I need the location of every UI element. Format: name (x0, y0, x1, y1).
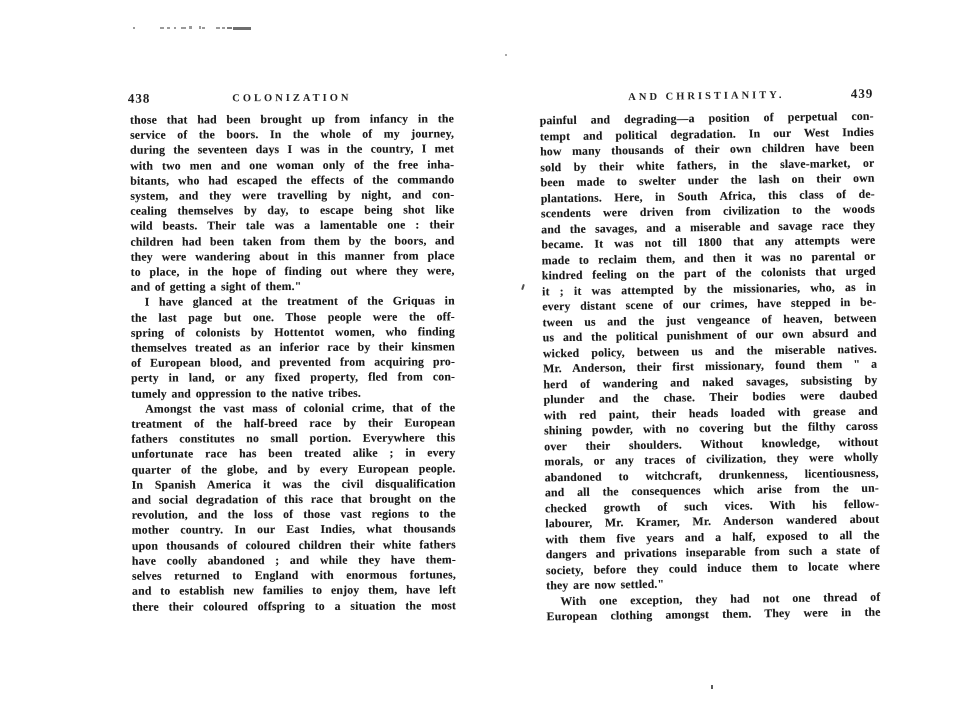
text-line: and social degradation of this race that… (132, 491, 456, 508)
text-line: upon thousands of coloured children thei… (132, 537, 456, 554)
running-title: COLONIZATION (130, 89, 454, 104)
paragraph: painful and degrading—a position of perp… (540, 109, 881, 594)
text-line: revolution, and the loss of those vast r… (132, 507, 456, 524)
text-line: spring of colonists by Hottentot women, … (131, 324, 455, 341)
text-line: to place, in the hope of finding out whe… (131, 263, 455, 280)
paragraph: I have glanced at the treatment of the G… (131, 294, 455, 402)
text-line: and to establish new families to enjoy t… (132, 583, 456, 600)
paragraph: Amongst the vast mass of colonial crime,… (131, 400, 456, 614)
text-line: they were wandering about in this manner… (131, 248, 455, 265)
scan-speck (711, 685, 713, 689)
page-body: those that had been brought up from infa… (130, 111, 456, 614)
text-line: wild beasts. Their tale was a lamentable… (130, 218, 454, 235)
book-page-right: 439 AND CHRISTIANITY. painful and degrad… (539, 86, 880, 625)
text-line: the last page but one. Those people were… (131, 309, 455, 326)
text-line: unfortunate race has been treated alike … (131, 446, 455, 463)
scanned-book-spread: 438 COLONIZATION those that had been bro… (0, 0, 980, 721)
text-line: system, and they were travelling by nigh… (130, 187, 454, 204)
text-line: of European blood, and prevented from ac… (131, 355, 455, 372)
text-line: there their coloured offspring to a situ… (132, 598, 456, 615)
text-line: during the seventeen days I was in the c… (130, 142, 454, 159)
scan-smudge-dashes (133, 26, 253, 31)
running-title: AND CHRISTIANITY. (539, 86, 873, 105)
paragraph: those that had been brought up from infa… (130, 111, 455, 295)
text-line: I have glanced at the treatment of the G… (131, 294, 455, 311)
paragraph: With one exception, they had not one thr… (546, 589, 880, 625)
scan-margin-tick (521, 284, 525, 290)
scan-speck (505, 54, 507, 56)
text-line: European clothing amongst them. They wer… (547, 605, 881, 625)
text-line: quarter of the globe, and by every Europ… (131, 461, 455, 478)
page-body: painful and degrading—a position of perp… (540, 109, 881, 625)
text-line: themselves treated as an inferior race b… (131, 339, 455, 356)
text-line: Amongst the vast mass of colonial crime,… (131, 400, 455, 417)
text-line: with two men and one woman only of the f… (130, 157, 454, 174)
text-line: perty in land, or any fixed property, fl… (131, 370, 455, 387)
text-line: bitants, who had escaped the effects of … (130, 172, 454, 189)
page-number: 439 (851, 86, 874, 102)
text-line: and of getting a sight of them." (131, 279, 455, 296)
text-line: those that had been brought up from infa… (130, 111, 454, 128)
text-line: fathers constitutes no small portion. Ev… (131, 431, 455, 448)
page-number: 438 (128, 91, 151, 107)
text-line: mother country. In our East Indies, what… (132, 522, 456, 539)
text-line: service of the boors. In the whole of my… (130, 126, 454, 143)
book-page-left: 438 COLONIZATION those that had been bro… (130, 89, 456, 614)
text-line: children had been taken from them by the… (130, 233, 454, 250)
text-line: treatment of the half-breed race by thei… (131, 415, 455, 432)
running-header-left: 438 COLONIZATION (130, 89, 454, 110)
text-line: tumely and oppression to the native trib… (131, 385, 455, 402)
text-line: have coolly abandoned ; and while they h… (132, 552, 456, 569)
text-line: In Spanish America it was the civil disq… (132, 476, 456, 493)
running-header-right: 439 AND CHRISTIANITY. (539, 86, 873, 111)
text-line: cealing themselves by day, to escape bei… (130, 203, 454, 220)
text-line: selves returned to England with enormous… (132, 567, 456, 584)
